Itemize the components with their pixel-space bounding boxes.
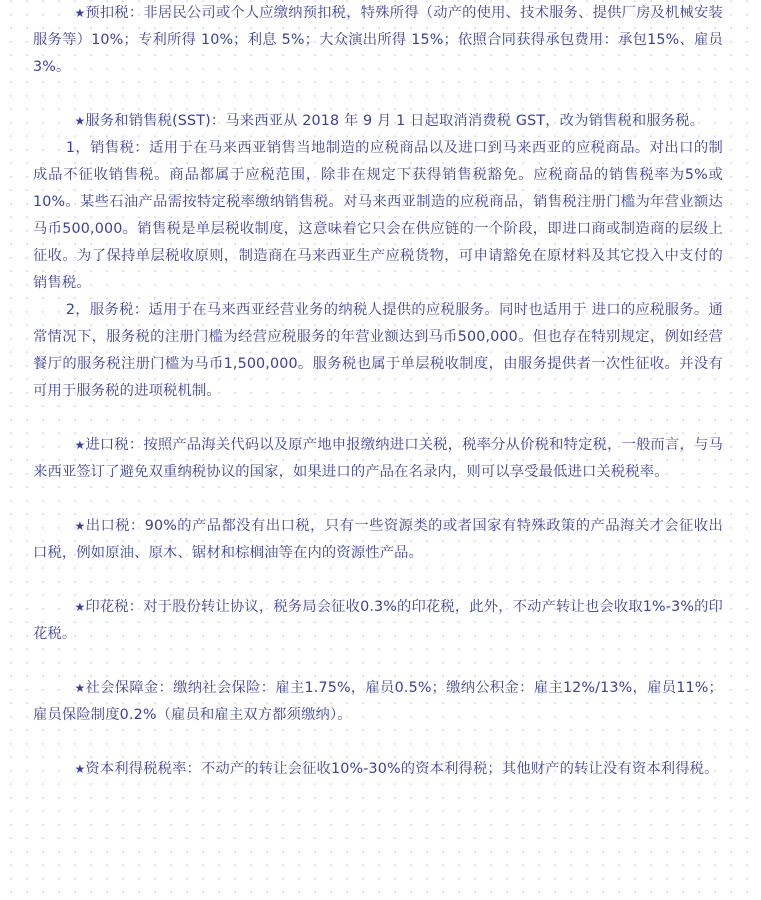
spacer bbox=[33, 405, 723, 432]
section-sst: ★服务和销售税(SST)：马来西亚从 2018 年 9 月 1 日起取消消费税 … bbox=[33, 108, 723, 135]
section-text: 印花税：对于股份转让协议，税务局会征收0.3%的印花税，此外，不动产转让也会收取… bbox=[33, 599, 723, 642]
spacer bbox=[33, 567, 723, 594]
spacer bbox=[33, 648, 723, 675]
section-export-tax: ★出口税：90%的产品都没有出口税，只有一些资源类的或者国家有特殊政策的产品海关… bbox=[33, 513, 723, 567]
section-text: 进口税：按照产品海关代码以及原产地申报缴纳进口关税，税率分从价税和特定税，一般而… bbox=[33, 437, 723, 480]
section-social-security: ★社会保障金：缴纳社会保险：雇主1.75%，雇员0.5%；缴纳公积金：雇主12%… bbox=[33, 675, 723, 729]
document-body: ★预扣税：非居民公司或个人应缴纳预扣税，特殊所得（动产的使用、技术服务、提供厂房… bbox=[33, 0, 723, 783]
star-icon: ★ bbox=[74, 6, 85, 20]
section-text: 预扣税：非居民公司或个人应缴纳预扣税，特殊所得（动产的使用、技术服务、提供厂房及… bbox=[33, 5, 723, 75]
section-stamp-duty: ★印花税：对于股份转让协议，税务局会征收0.3%的印花税，此外，不动产转让也会收… bbox=[33, 594, 723, 648]
section-text: 服务和销售税(SST)：马来西亚从 2018 年 9 月 1 日起取消消费税 G… bbox=[85, 113, 704, 129]
section-withholding-tax: ★预扣税：非居民公司或个人应缴纳预扣税，特殊所得（动产的使用、技术服务、提供厂房… bbox=[33, 0, 723, 81]
sst-item-service-tax: 2，服务税：适用于在马来西亚经营业务的纳税人提供的应税服务。同时也适用于 进口的… bbox=[33, 297, 723, 405]
star-icon: ★ bbox=[74, 762, 85, 776]
sst-item-sales-tax: 1，销售税：适用于在马来西亚销售当地制造的应税商品以及进口到马来西亚的应税商品。… bbox=[33, 135, 723, 297]
spacer bbox=[33, 729, 723, 756]
spacer bbox=[33, 81, 723, 108]
section-text: 资本利得税税率：不动产的转让会征收10%-30%的资本利得税；其他财产的转让没有… bbox=[85, 761, 718, 777]
star-icon: ★ bbox=[74, 438, 85, 452]
star-icon: ★ bbox=[74, 114, 85, 128]
section-import-tax: ★进口税：按照产品海关代码以及原产地申报缴纳进口关税，税率分从价税和特定税，一般… bbox=[33, 432, 723, 486]
spacer bbox=[33, 486, 723, 513]
star-icon: ★ bbox=[74, 681, 85, 695]
star-icon: ★ bbox=[74, 600, 85, 614]
section-text: 社会保障金：缴纳社会保险：雇主1.75%，雇员0.5%；缴纳公积金：雇主12%/… bbox=[33, 680, 723, 723]
section-text: 出口税：90%的产品都没有出口税，只有一些资源类的或者国家有特殊政策的产品海关才… bbox=[33, 518, 723, 561]
section-capital-gains-tax: ★资本利得税税率：不动产的转让会征收10%-30%的资本利得税；其他财产的转让没… bbox=[33, 756, 723, 783]
star-icon: ★ bbox=[74, 519, 85, 533]
